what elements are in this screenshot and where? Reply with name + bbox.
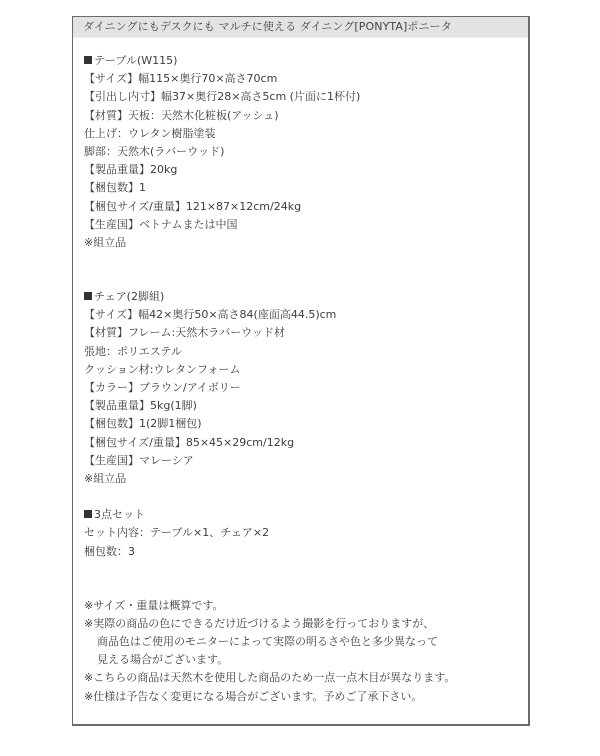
section-set: 3点セット セット内容：テーブル×1、チェア×2 梱包数：3 xyxy=(84,506,528,561)
section-title-text: チェア(2脚組) xyxy=(94,290,164,303)
spec-line: 【引出し内寸】幅37×奥行28×高さ5cm (片面に1杯付) xyxy=(84,88,528,106)
spec-line: 【製品重量】20kg xyxy=(84,161,528,179)
spec-line: 張地：ポリエステル xyxy=(84,343,528,361)
spec-box: ダイニングにもデスクにも マルチに使える ダイニング[PONYTA]ポニータ テ… xyxy=(72,16,530,726)
spacer xyxy=(84,488,528,506)
spec-line: 【梱包サイズ/重量】121×87×12cm/24kg xyxy=(84,198,528,216)
spec-line: 仕上げ：ウレタン樹脂塗装 xyxy=(84,125,528,143)
square-bullet-icon xyxy=(84,510,92,518)
note-line: ※こちらの商品は天然木を使用した商品のため一点一点木目が異なります。 xyxy=(84,669,528,687)
spacer xyxy=(84,252,528,288)
spec-line: 梱包数：3 xyxy=(84,543,528,561)
square-bullet-icon xyxy=(84,56,92,64)
note-line: ※サイズ・重量は概算です。 xyxy=(84,597,528,615)
section-title-text: テーブル(W115) xyxy=(94,54,177,67)
spec-header-title: ダイニングにもデスクにも マルチに使える ダイニング[PONYTA]ポニータ xyxy=(73,17,528,38)
note-line: ※実際の商品の色にできるだけ近づけるよう撮影を行っておりますが、 xyxy=(84,615,528,633)
section-title-text: 3点セット xyxy=(94,508,145,521)
note-line: ※仕様は予告なく変更になる場合がございます。予めご了承下さい。 xyxy=(84,688,528,706)
section-title: 3点セット xyxy=(84,506,528,524)
spec-line: 【材質】天板：天然木化粧板(アッシュ) xyxy=(84,107,528,125)
spec-line: 【梱包数】1 xyxy=(84,179,528,197)
spec-line: 【サイズ】幅115×奥行70×高さ70cm xyxy=(84,70,528,88)
spec-line: クッション材:ウレタンフォーム xyxy=(84,361,528,379)
spec-line: 【サイズ】幅42×奥行50×高さ84(座面高44.5)cm xyxy=(84,306,528,324)
spec-line: 【材質】フレーム:天然木ラバーウッド材 xyxy=(84,324,528,342)
section-title: テーブル(W115) xyxy=(84,52,528,70)
spec-body: テーブル(W115) 【サイズ】幅115×奥行70×高さ70cm 【引出し内寸】… xyxy=(73,38,528,706)
spec-line: 【梱包数】1(2脚1梱包) xyxy=(84,415,528,433)
spec-line: 脚部：天然木(ラバーウッド) xyxy=(84,143,528,161)
section-table: テーブル(W115) 【サイズ】幅115×奥行70×高さ70cm 【引出し内寸】… xyxy=(84,52,528,252)
section-title: チェア(2脚組) xyxy=(84,288,528,306)
spec-line: 【カラー】ブラウン/アイボリー xyxy=(84,379,528,397)
section-chair: チェア(2脚組) 【サイズ】幅42×奥行50×高さ84(座面高44.5)cm 【… xyxy=(84,288,528,488)
spec-line: 【梱包サイズ/重量】85×45×29cm/12kg xyxy=(84,434,528,452)
spec-line: 【製品重量】5kg(1脚) xyxy=(84,397,528,415)
spacer xyxy=(84,561,528,597)
spec-line: セット内容：テーブル×1、チェア×2 xyxy=(84,524,528,542)
spec-line: 【生産国】マレーシア xyxy=(84,452,528,470)
spec-line: 【生産国】ベトナムまたは中国 xyxy=(84,216,528,234)
square-bullet-icon xyxy=(84,292,92,300)
notes: ※サイズ・重量は概算です。 ※実際の商品の色にできるだけ近づけるよう撮影を行って… xyxy=(84,597,528,706)
note-line: 商品色はご使用のモニターによって実際の明るさや色と多少異なって xyxy=(84,633,528,651)
note-line: 見える場合がございます。 xyxy=(84,651,528,669)
spec-line: ※組立品 xyxy=(84,470,528,488)
spec-line: ※組立品 xyxy=(84,234,528,252)
